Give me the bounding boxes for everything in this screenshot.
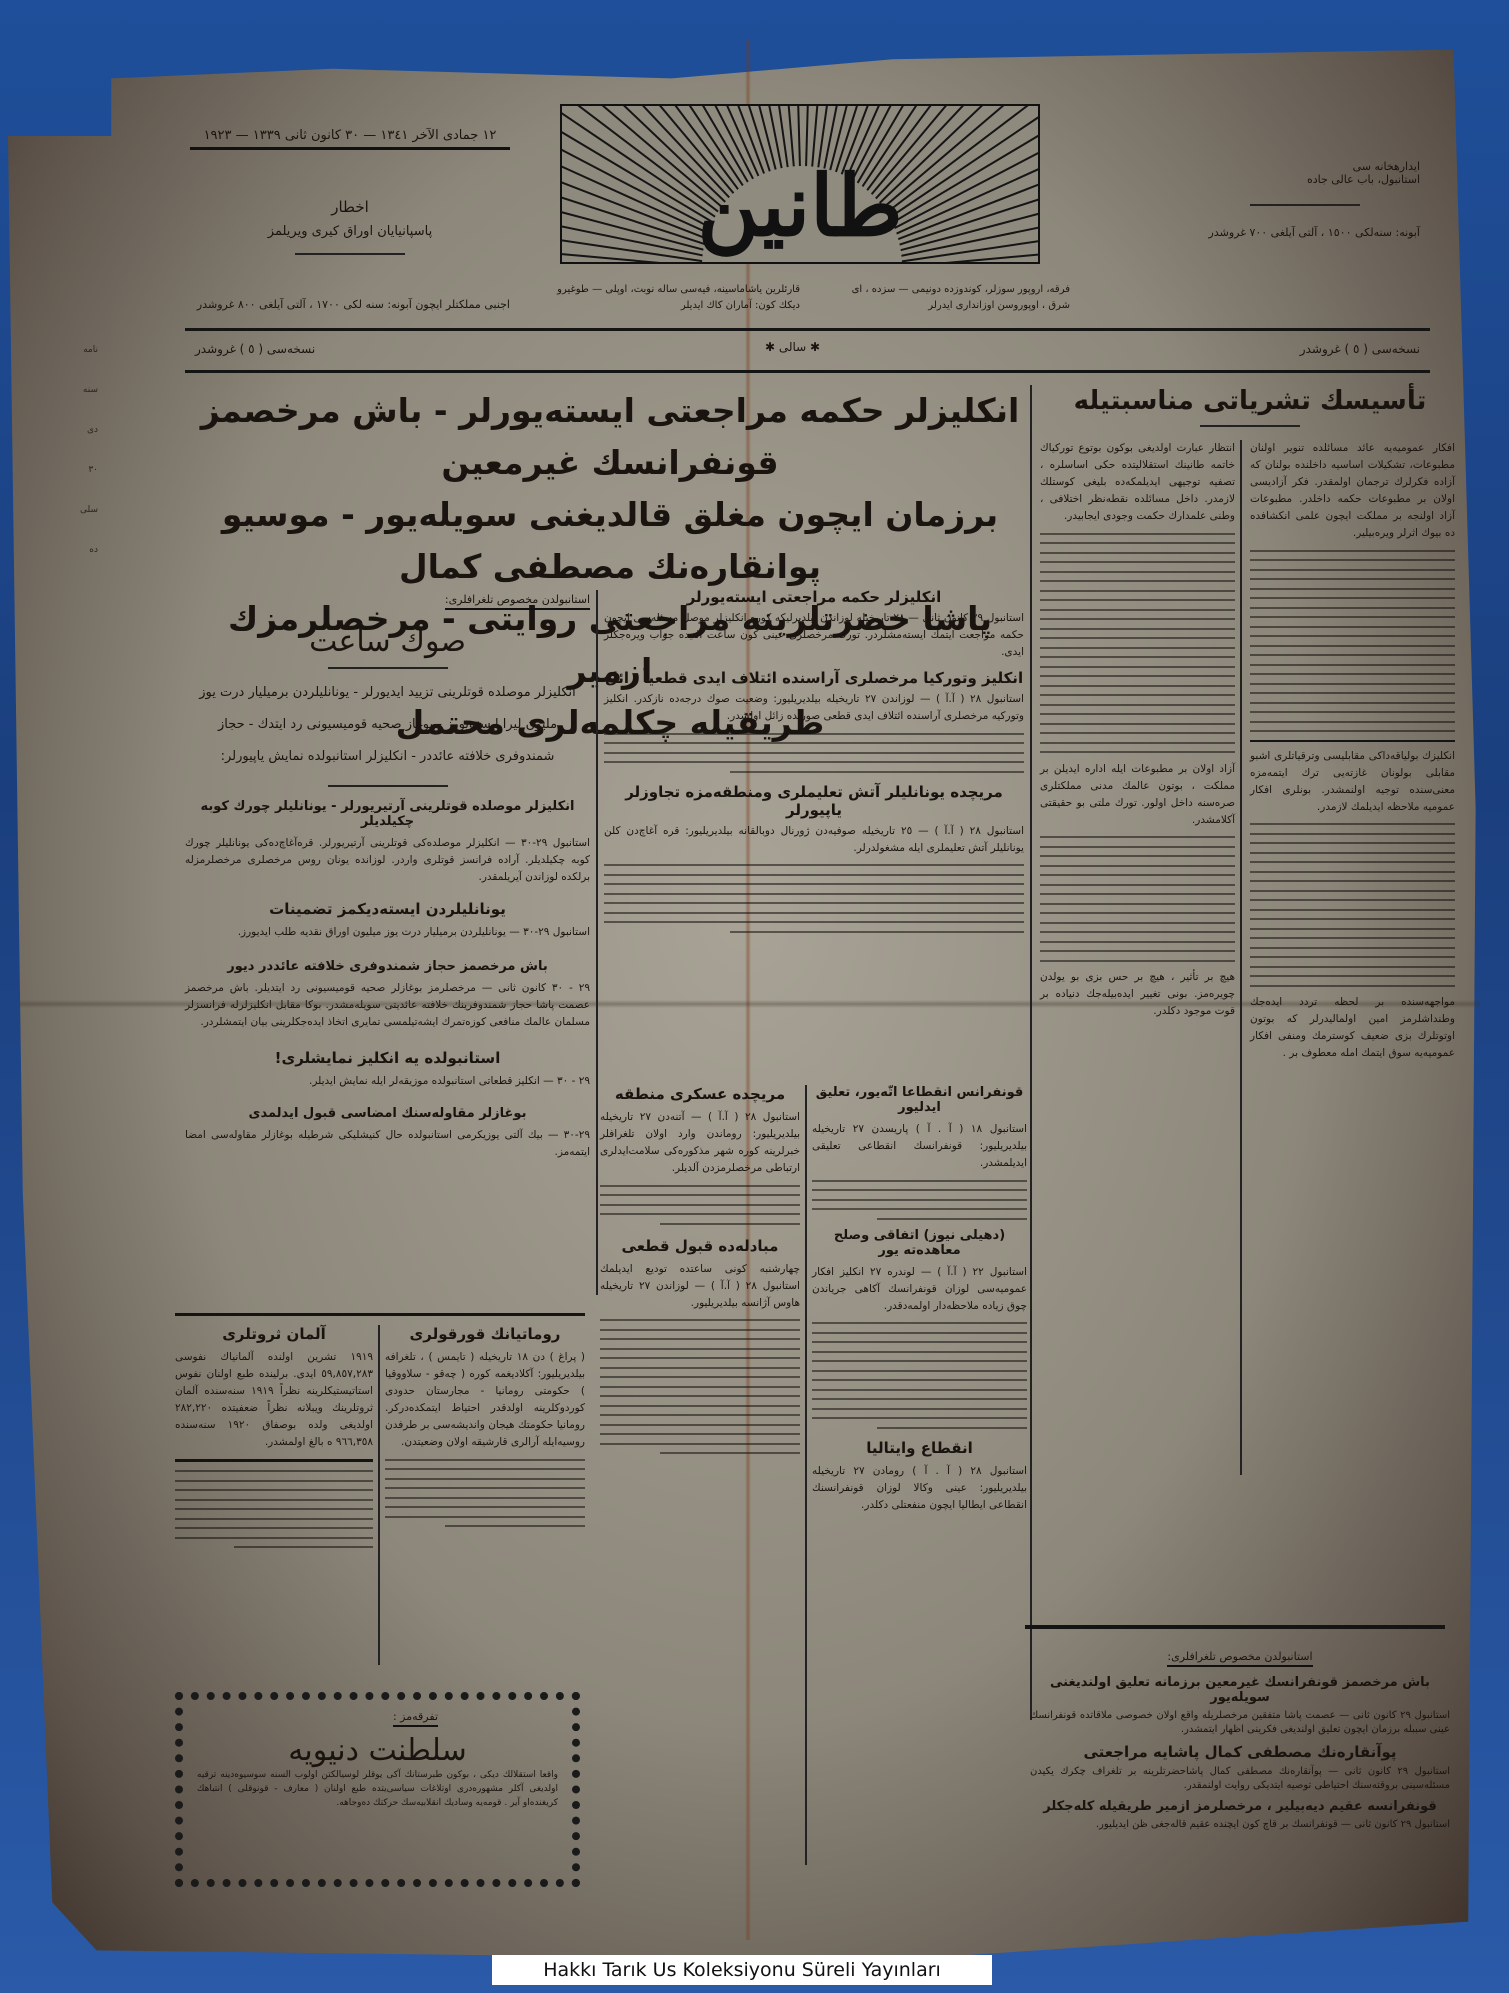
column-rule	[596, 590, 598, 1295]
text-lines	[1250, 823, 1455, 987]
telegram-label: استانبولدن مخصوص تلغرافلری:	[1167, 1650, 1312, 1667]
article-title: مبادله‌ده قبول قطعی	[600, 1237, 800, 1255]
article-body: استانبول ٢٩ كانون ثانی — ٢٨ تاریخیله لوز…	[604, 610, 1024, 661]
text-lines	[1040, 533, 1235, 754]
archive-caption: Hakkı Tarık Us Koleksiyonu Süreli Yayınl…	[492, 1955, 992, 1985]
article-body: انكلیزك بولیاقه‌داكی مقابلیسی وترقیاتلری…	[1250, 748, 1455, 816]
text-lines	[604, 864, 1024, 933]
subscription-price: آبونه: سنه‌لكی ١٥٠٠ ، آلتی آیلغی ٧٠٠ غرو…	[1090, 226, 1420, 239]
column-rule	[805, 1085, 807, 1865]
newspaper-title: طانين	[562, 156, 1038, 255]
center-column: انكلیزلر حكمه مراجعتی ایسته‌یورلر استانب…	[604, 588, 1024, 940]
article-body: استانبول ٢٨ ( آ.آ ) — لوزاندن ٢٧ تاریخیل…	[604, 691, 1024, 725]
right-col-1: افكار عمومیه‌یه عائد مسائلده تنویر اولنا…	[1250, 440, 1455, 1062]
closing-paragraph: هیچ بر تأثیر ، هیچ بر حس بزی بو یولدن چو…	[1040, 969, 1235, 1020]
notice-title: اخطار	[190, 198, 510, 216]
article-body: استانبول ٢٨ ( آ . آ ) رومادن ٢٧ تاریخیله…	[812, 1463, 1027, 1514]
publisher-info-left: قارئلرین یاشاماسینه، فیه‌سی ساله نوبت، ا…	[545, 282, 800, 314]
section-title: صوك ساعت	[185, 624, 590, 659]
masthead-logo: طانين	[560, 104, 1040, 264]
article-title: آلمان ثروتلری	[175, 1325, 373, 1343]
fold-crease-vertical	[745, 40, 751, 1940]
article-body: چهارشنبه كونی ساعتده تودیع ایدیلمك استان…	[600, 1261, 800, 1312]
date-line: ١٢ جمادی الآخر ١٣٤١ — ٣٠ كانون ثانی ١٣٣٩…	[190, 128, 510, 150]
serial-feuilleton-box: تفرقه‌مز : سلطنت دنیویه واقعا استقلالك د…	[175, 1692, 580, 1887]
text-lines	[600, 1185, 800, 1225]
article-body: ٢٩-٣٠ — بیك آلتی یوزیكرمی استانبولده حال…	[185, 1127, 590, 1161]
article-title: باش مرخصمز قونفرانسك غیرمعین برزمانه تعل…	[1030, 1675, 1450, 1705]
divider	[328, 785, 448, 787]
right-col-2: انتظار عبارت اولدیغی بوكون بوتوع توركیاك…	[1040, 440, 1235, 1020]
publisher-info-right: فرقه، اروپور سوزلر، كوندوزده دونیمی — سز…	[830, 282, 1070, 314]
article-title: انكلیزلر حكمه مراجعتی ایسته‌یورلر	[604, 588, 1024, 606]
article-body: استانبول ٢٢ ( آ.آ ) — لوندره ٢٧ انكلیز ا…	[812, 1264, 1027, 1315]
text-lines	[1040, 836, 1235, 962]
closing-paragraph: مواجهه‌سنده بر لحظه تردد ایده‌جك وطنداشل…	[1250, 994, 1455, 1062]
subscription-price-foreign: اجنبی مملكتلر ایچون آبونه: سنه لكی ١٧٠٠ …	[180, 298, 510, 311]
summary: انكلیزلر موصلده قوتلرینی تزیید ایدیورلر …	[185, 677, 590, 773]
article-title: باش مرخصمز حجاز شمندوفری خلافته عائددر د…	[185, 959, 590, 974]
article-body: انتظار عبارت اولدیغی بوكون بوتوع توركیاك…	[1040, 440, 1235, 525]
article-body: استانبول ١٨ ( آ . آ ) پاریسدن ٢٧ تاریخیل…	[812, 1121, 1027, 1172]
issue-bar-rule	[185, 370, 1430, 373]
article-body: استانبول ٢٩ كانون ثانی — پوآنقاره‌نك مصط…	[1030, 1765, 1450, 1793]
article-body: ( پراغ ) دن ١٨ تاریخیله ( تایمس ) ، تلغر…	[385, 1349, 585, 1451]
german-wealth: آلمان ثروتلری ١٩١٩ تشرین اولنده آلمانیاك…	[175, 1325, 373, 1556]
divider	[295, 253, 405, 255]
office-label: ایدارهخانه سی	[1090, 160, 1420, 173]
article-body: استانبول ٢٨ ( آ.آ ) — ٢٥ تاریخیله صوفیه‌…	[604, 823, 1024, 857]
left-column: استانبولدن مخصوص تلغرافلری: صوك ساعت انك…	[185, 588, 590, 1161]
romania-fears: روماتیانك قورقولری ( پراغ ) دن ١٨ تاریخی…	[385, 1325, 585, 1535]
serial-label: تفرقه‌مز :	[393, 1710, 438, 1727]
article-title: قونفرانسه عقیم دیه‌بیلیر ، مرخصلرمز ازمی…	[1030, 1799, 1450, 1814]
text-lines	[604, 733, 1024, 773]
issue-price-left: نسخه‌سی ( ٥ ) غروشدر	[195, 342, 315, 356]
article-title: روماتیانك قورقولری	[385, 1325, 585, 1343]
article-title: یونانلیلردن ایسته‌دیكمز تضمینات	[185, 900, 590, 918]
text-lines	[812, 1180, 1027, 1220]
article-body: افكار عمومیه‌یه عائد مسائلده تنویر اولنا…	[1250, 440, 1455, 542]
section-rule	[175, 1459, 373, 1462]
divider	[1200, 425, 1300, 427]
issue-year: ✱ سالی ✱	[765, 340, 820, 354]
article-title: مریچده عسكری منطقه	[600, 1085, 800, 1103]
serial-body: واقعا استقلالك دیكی ، بوكون طبرستانك آكی…	[197, 1768, 558, 1810]
article-body: استانبول ٢٩ كانون ثانی — قونفرانسك بر قا…	[1030, 1818, 1450, 1832]
notice-body: پاسپانیایان اوراق كیری ویریلمز	[190, 224, 510, 239]
article-body: آزاد اولان بر مطبوعات ایله اداره ایدیلن …	[1040, 761, 1235, 829]
issue-price-right: نسخه‌سی ( ٥ ) غروشدر	[1300, 342, 1420, 356]
article-title: (دهیلی نیوز) اتفاقی وصلح معاهده‌ته یور	[812, 1228, 1027, 1258]
divider	[1250, 204, 1360, 206]
right-bottom-telegrams: استانبولدن مخصوص تلغرافلری: باش مرخصمز ق…	[1030, 1645, 1450, 1832]
article-title: استانبولده یه انكلیز نمایشلری!	[185, 1049, 590, 1067]
text-lines	[812, 1322, 1027, 1429]
article-body: ٢٩ - ٣٠ كانون ثانی — مرخصلرمز بوغازلر صح…	[185, 980, 590, 1031]
masthead-right: ایدارهخانه سی استانبول، باب عالی جاده آب…	[1090, 120, 1420, 239]
masthead-left: ١٢ جمادی الآخر ١٣٤١ — ٣٠ كانون ثانی ١٣٣٩…	[190, 128, 510, 255]
article-title: مریچده یونانلیلر آتش تعلیملری ومنطقه‌مزه…	[604, 783, 1024, 819]
column-rule	[1240, 440, 1242, 1475]
section-rule	[1025, 1625, 1445, 1629]
text-lines	[175, 1470, 373, 1548]
office-address: استانبول، باب عالی جاده	[1090, 173, 1420, 186]
article-body: استانبول ٢٨ ( آ.آ ) — آتنه‌دن ٢٧ تاریخیل…	[600, 1109, 800, 1177]
article-title: انكلیزلر موصلده قوتلرینی آرتیریورلر - یو…	[185, 799, 590, 829]
column-rule	[378, 1325, 380, 1665]
masthead-rule	[185, 328, 1430, 331]
divider	[328, 667, 448, 669]
telegram-label: استانبولدن مخصوص تلغرافلری:	[445, 593, 590, 610]
section-rule	[175, 1313, 585, 1316]
article-title: انقطاع وايتاليا	[812, 1439, 1027, 1457]
text-lines	[1250, 550, 1455, 733]
issue-bar: نسخه‌سی ( ٥ ) غروشدر ✱ سالی ✱ نسخه‌سی ( …	[185, 336, 1430, 364]
article-title: قونفرانس انقطاعا اتّه‌یور، تعلیق ایدلیور	[812, 1085, 1027, 1115]
article-title: بوغازلر مقاوله‌سنك امضاسی قبول ایدلمدی	[185, 1106, 590, 1121]
text-lines	[600, 1319, 800, 1454]
margin-notes: نامه سنه دی ٣٠ سلی ده	[68, 330, 98, 570]
center-sub-left: مریچده عسكری منطقه استانبول ٢٨ ( آ.آ ) —…	[600, 1085, 800, 1462]
article-body: استانبول ٢٩-٣٠ — انكلیزلر موصلده‌كی قوتل…	[185, 835, 590, 886]
article-title: پوآنقاره‌نك مصطفی كمال پاشایه مراجعتی	[1030, 1743, 1450, 1761]
article-body: استانبول ٢٩-٣٠ — یونانلیلردن برمیلیار در…	[185, 924, 590, 941]
center-sub-right: قونفرانس انقطاعا اتّه‌یور، تعلیق ایدلیور…	[812, 1085, 1027, 1514]
side-headline: تأسیسك تشریاتی مناسبتیله	[1040, 386, 1460, 416]
article-title: انكلیز وتوركیا مرخصلری آراسنده ائتلاف ای…	[604, 669, 1024, 687]
column-rule	[1030, 385, 1032, 1720]
article-body: استانبول ٢٩ كانون ثانی — عصمت پاشا متفقی…	[1030, 1709, 1450, 1737]
article-body: ٢٩ - ٣٠ — انكلیز قطعاتی استانبولده موزیق…	[185, 1073, 590, 1090]
article-body: ١٩١٩ تشرین اولنده آلمانیاك نفوسی ٥٩,٨٥٧,…	[175, 1349, 373, 1451]
serial-title: سلطنت دنیویه	[197, 1727, 558, 1768]
text-lines	[385, 1459, 585, 1528]
